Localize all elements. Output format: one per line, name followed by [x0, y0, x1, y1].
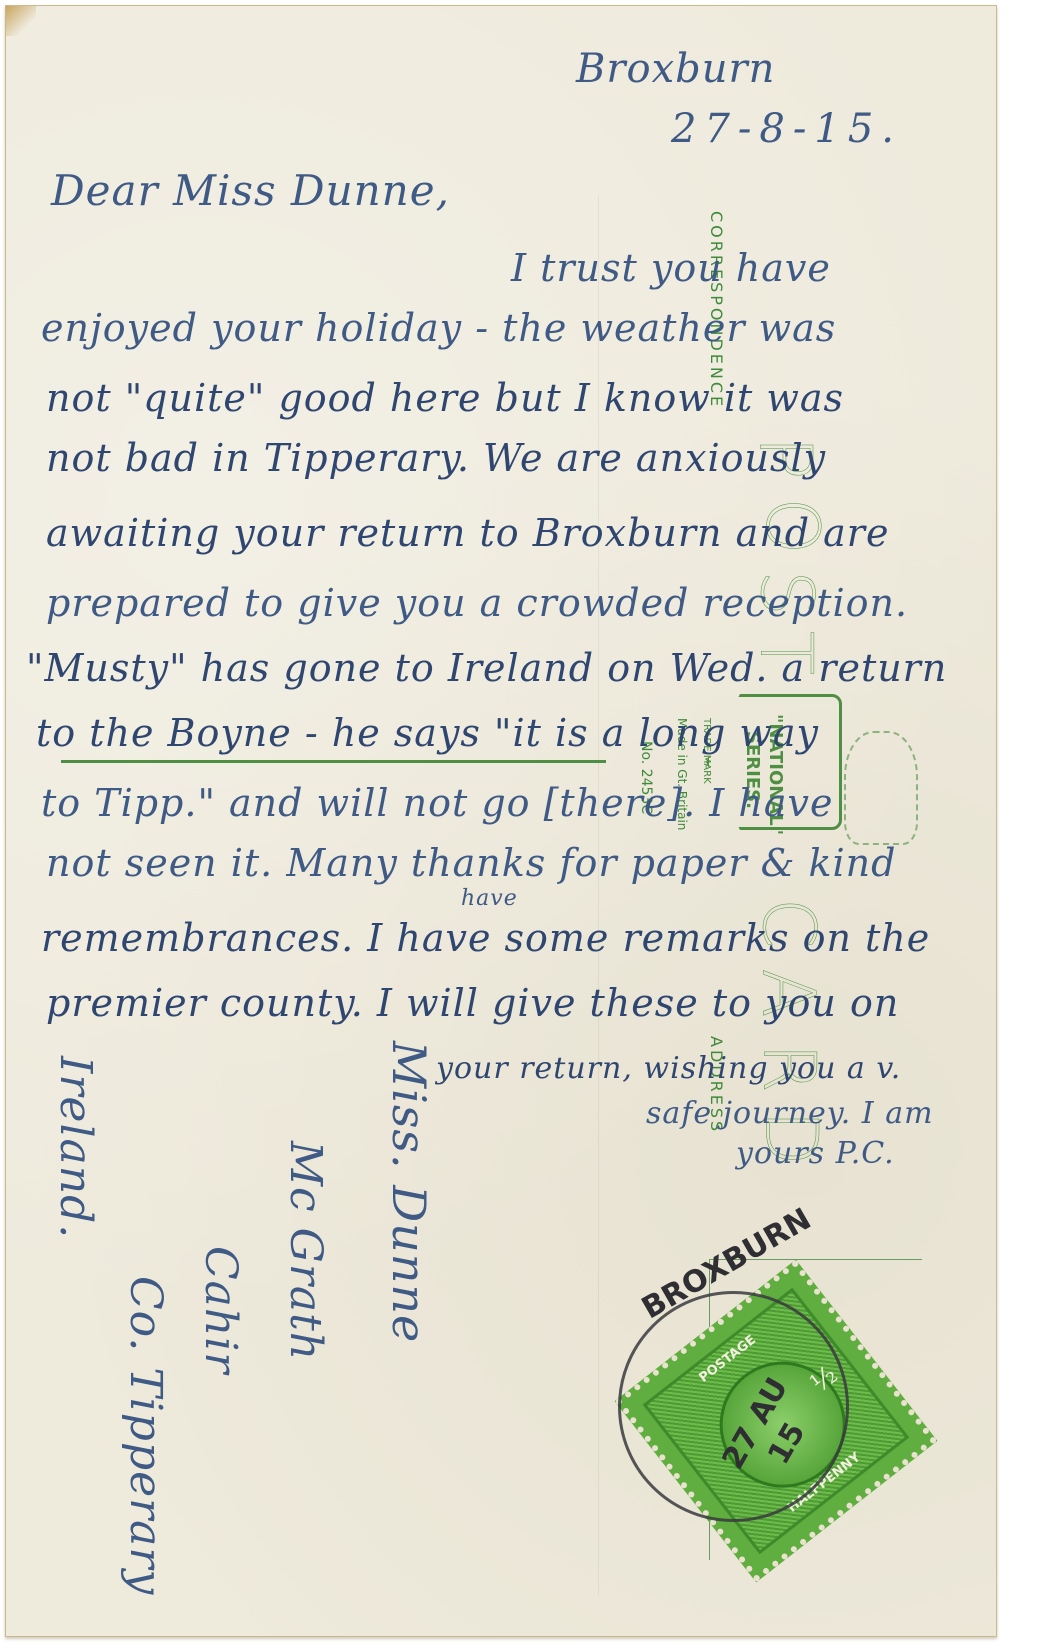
crest-ornament-icon [844, 731, 918, 845]
address-line-4: Co. Tipperary [120, 1276, 171, 1595]
signature: yours P.C. [736, 1136, 895, 1171]
letter-line-10: not seen it. Many thanks for paper & kin… [46, 841, 897, 885]
address-line-5: Ireland. [50, 1056, 101, 1239]
letter-line-8: to the Boyne - he says "it is a long way [36, 711, 819, 755]
letter-line-13: your return, wishing you a v. [436, 1051, 901, 1086]
letter-line-9: to Tipp." and will not go [there]. I hav… [41, 781, 833, 825]
caret-insert-word: have [461, 886, 518, 911]
letter-line-2: enjoyed your holiday - the weather was [41, 306, 836, 350]
letter-line-12: premier county. I will give these to you… [46, 981, 899, 1025]
letter-line-5: awaiting your return to Broxburn and are [46, 511, 889, 555]
salutation: Dear Miss Dunne, [51, 166, 450, 215]
letter-line-4: not bad in Tipperary. We are anxiously [46, 436, 826, 480]
place: Broxburn [576, 46, 775, 92]
letter-line-3: not "quite" good here but I know it was [46, 376, 844, 420]
address-line-2: Mc Grath [280, 1141, 331, 1361]
postcard: CORRESPONDENCE ADDRESS TRADE MARK Made i… [5, 5, 997, 1637]
address-divider-line [61, 760, 606, 763]
letter-line-11: remembrances. I have some remarks on the [41, 916, 930, 960]
letter-line-14: safe journey. I am [646, 1096, 934, 1131]
letter-line-6: prepared to give you a crowded reception… [46, 581, 908, 625]
address-line-1: Miss. Dunne [382, 1041, 436, 1343]
address-line-3: Cahir [195, 1246, 246, 1374]
letter-line-7: "Musty" has gone to Ireland on Wed. a re… [26, 646, 947, 690]
letter-line-1: I trust you have [511, 246, 831, 290]
corner-wear [6, 6, 36, 36]
date: 27-8-15. [671, 106, 902, 152]
